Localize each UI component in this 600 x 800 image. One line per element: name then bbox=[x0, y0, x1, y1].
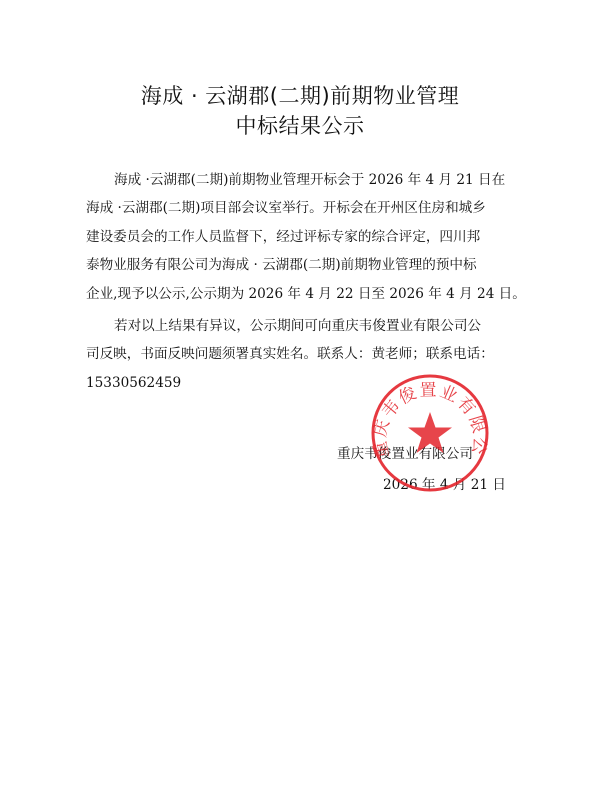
paragraph-line: 海成 ·云湖郡(二期)项目部会议室举行。开标会在开州区住房和城乡 bbox=[86, 194, 506, 222]
paragraph-objection-contact: 若对以上结果有异议，公示期间可向重庆韦俊置业有限公司公 司反映，书面反映问题须署… bbox=[86, 312, 506, 397]
paragraph-line: 企业,现予以公示,公示期为 2026 年 4 月 22 日至 2026 年 4 … bbox=[86, 280, 506, 308]
paragraph-line: 若对以上结果有异议，公示期间可向重庆韦俊置业有限公司公 bbox=[86, 312, 506, 340]
signature-company: 重庆韦俊置业有限公司 bbox=[337, 442, 473, 462]
document-title-line-1: 海成 · 云湖郡(二期)前期物业管理 bbox=[0, 80, 600, 110]
paragraph-line: 海成 ·云湖郡(二期)前期物业管理开标会于 2026 年 4 月 21 日在 bbox=[86, 166, 506, 194]
contact-phone: 15330562459 bbox=[86, 369, 506, 397]
document-title-line-2: 中标结果公示 bbox=[0, 110, 600, 140]
paragraph-line: 建设委员会的工作人员监督下，经过评标专家的综合评定，四川邦 bbox=[86, 223, 506, 251]
paragraph-announcement: 海成 ·云湖郡(二期)前期物业管理开标会于 2026 年 4 月 21 日在 海… bbox=[86, 166, 506, 308]
signature-date: 2026 年 4 月 21 日 bbox=[383, 473, 506, 493]
paragraph-line: 泰物业服务有限公司为海成 · 云湖郡(二期)前期物业管理的预中标 bbox=[86, 251, 506, 279]
paragraph-line: 司反映，书面反映问题须署真实姓名。联系人：黄老师；联系电话： bbox=[86, 340, 506, 368]
